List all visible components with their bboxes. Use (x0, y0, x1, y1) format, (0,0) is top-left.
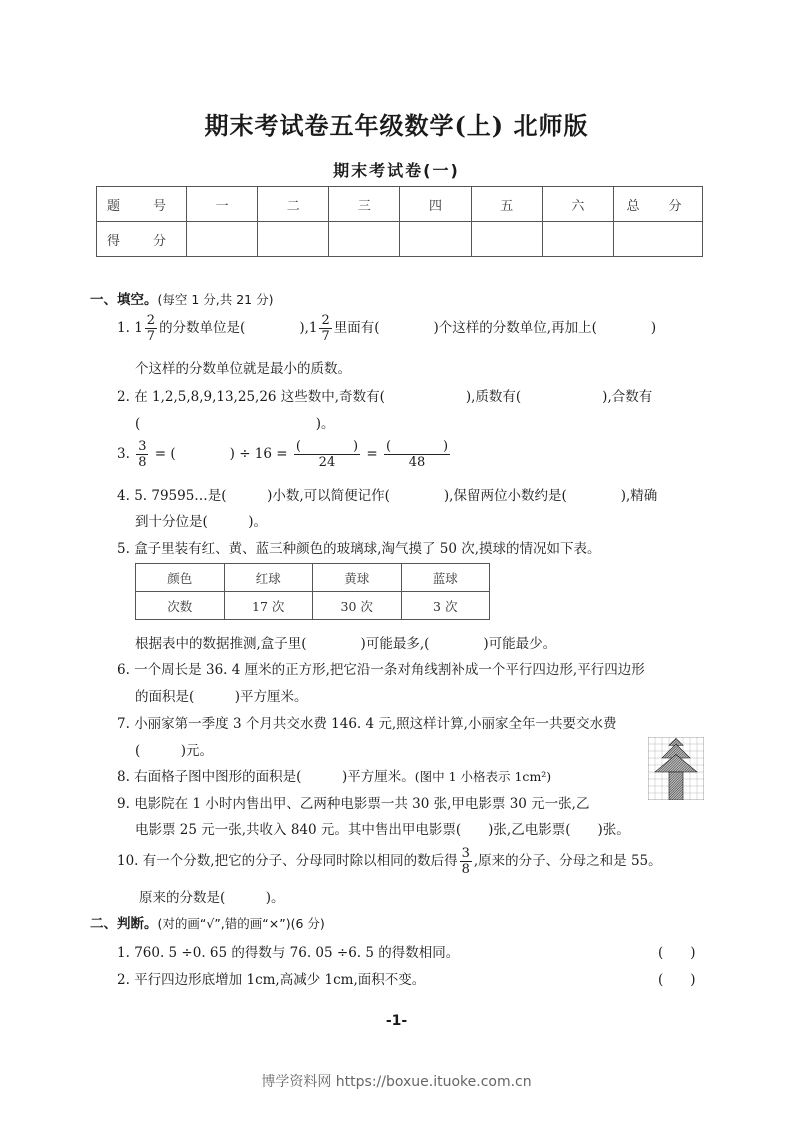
section-1-note: (每空 1 分,共 21 分) (158, 292, 274, 307)
score-cell[interactable] (400, 222, 471, 257)
question-number: 2. (117, 972, 130, 988)
ball-count-table: 颜色 红球 黄球 蓝球 次数 17 次 30 次 3 次 (135, 563, 490, 620)
fraction-blank-48: ( )48 (384, 440, 450, 469)
score-cell[interactable] (258, 222, 329, 257)
question-9: 9. 电影院在 1 小时内售出甲、乙两种电影票一共 30 张,甲电影票 30 元… (117, 792, 589, 812)
column-header: 总 分 (614, 187, 703, 222)
question-5-line-2: 根据表中的数据推测,盒子里( )可能最多,( )可能最少。 (135, 632, 556, 652)
ball-table-header: 红球 (224, 564, 313, 592)
question-number: 10. (117, 853, 138, 869)
question-text: 在 1,2,5,8,9,13,25,26 这些数中,奇数有( ),质数有( ),… (134, 389, 652, 405)
judge-answer-blank-1[interactable]: ( ) (658, 941, 696, 961)
question-6-line-2: 的面积是( )平方厘米。 (135, 685, 308, 705)
question-2-line-2: ( )。 (135, 412, 335, 432)
question-4-line-2: 到十分位是( )。 (135, 510, 267, 530)
fraction-2-7: 27 (145, 314, 157, 343)
fraction-3-8: 38 (460, 847, 472, 876)
question-text: 里面有( )个这样的分数单位,再加上( ) (334, 320, 656, 336)
question-6: 6. 一个周长是 36. 4 厘米的正方形,把它沿一条对角线割补成一个平行四边形… (117, 658, 645, 678)
ball-table-cell: 3 次 (401, 592, 490, 620)
column-header: 五 (471, 187, 542, 222)
question-8: 8. 右面格子图中图形的面积是( )平方厘米。(图中 1 小格表示 1cm²) (117, 765, 551, 785)
judge-answer-blank-2[interactable]: ( ) (658, 968, 696, 988)
score-table-header-row: 题 号 一 二 三 四 五 六 总 分 (97, 187, 703, 222)
equation-text: = ( ) ÷ 16 = (155, 446, 288, 462)
question-3: 3. 38 = ( ) ÷ 16 = ( )24 = ( )48 (117, 440, 452, 469)
row-label-score: 得 分 (97, 222, 187, 257)
question-number: 1. (117, 320, 130, 336)
watermark: 博学资料网 https://boxue.ituoke.com.cn (0, 1071, 793, 1091)
main-title: 期末考试卷五年级数学(上) 北师版 (0, 106, 793, 141)
page-number: -1- (0, 1013, 793, 1029)
ball-table-cell: 30 次 (313, 592, 402, 620)
question-text: 小丽家第一季度 3 个月共交水费 146. 4 元,照这样计算,小丽家全年一共要… (134, 716, 616, 732)
question-number: 4. (117, 488, 130, 504)
ball-table-header-row: 颜色 红球 黄球 蓝球 (136, 564, 490, 592)
question-number: 1. (117, 945, 130, 961)
ball-table-header: 黄球 (313, 564, 402, 592)
question-4: 4. 5. 79595…是( )小数,可以简便记作( ),保留两位小数约是( )… (117, 484, 657, 504)
column-header: 一 (187, 187, 258, 222)
question-text: 5. 79595…是( )小数,可以简便记作( ),保留两位小数约是( ),精确 (134, 488, 657, 504)
ball-table-cell: 次数 (136, 592, 225, 620)
section-1-title: 一、填空。 (90, 292, 158, 308)
question-10: 10. 有一个分数,把它的分子、分母同时除以相同的数后得38,原来的分子、分母之… (117, 847, 662, 876)
judge-item-1: 1. 760. 5 ÷0. 65 的得数与 76. 05 ÷6. 5 的得数相同… (117, 941, 459, 961)
score-cell[interactable] (187, 222, 258, 257)
question-text: 的分数单位是( ), (159, 320, 309, 336)
question-text: 右面格子图中图形的面积是( )平方厘米。 (134, 769, 415, 785)
question-text: 电影院在 1 小时内售出甲、乙两种电影票一共 30 张,甲电影票 30 元一张,… (134, 796, 589, 812)
question-7: 7. 小丽家第一季度 3 个月共交水费 146. 4 元,照这样计算,小丽家全年… (117, 712, 616, 732)
ball-table-cell: 17 次 (224, 592, 313, 620)
question-text: 760. 5 ÷0. 65 的得数与 76. 05 ÷6. 5 的得数相同。 (134, 945, 459, 961)
tree-grid-figure (648, 737, 704, 800)
question-number: 2. (117, 389, 130, 405)
ball-table-data-row: 次数 17 次 30 次 3 次 (136, 592, 490, 620)
column-header: 二 (258, 187, 329, 222)
ball-table-header: 颜色 (136, 564, 225, 592)
whole-number: 1 (309, 320, 318, 336)
question-number: 6. (117, 662, 130, 678)
question-5: 5. 盒子里装有红、黄、蓝三种颜色的玻璃球,淘气摸了 50 次,摸球的情况如下表… (117, 537, 601, 557)
question-number: 8. (117, 769, 130, 785)
ball-table-header: 蓝球 (401, 564, 490, 592)
fraction-3-8: 38 (136, 440, 148, 469)
question-1-line-2: 个这样的分数单位就是最小的质数。 (135, 357, 351, 377)
fraction-2-7: 27 (319, 314, 331, 343)
question-2: 2. 在 1,2,5,8,9,13,25,26 这些数中,奇数有( ),质数有(… (117, 385, 652, 405)
question-number: 7. (117, 716, 130, 732)
judge-item-2: 2. 平行四边形底增加 1cm,高减少 1cm,面积不变。 (117, 968, 425, 988)
question-number: 9. (117, 796, 130, 812)
question-10-line-2: 原来的分数是( )。 (139, 886, 285, 906)
column-header: 六 (542, 187, 613, 222)
score-cell[interactable] (471, 222, 542, 257)
question-9-line-2: 电影票 25 元一张,共收入 840 元。其中售出甲电影票( )张,乙电影票( … (135, 818, 630, 838)
row-label-question-number: 题 号 (97, 187, 187, 222)
score-cell[interactable] (542, 222, 613, 257)
score-cell[interactable] (614, 222, 703, 257)
score-table: 题 号 一 二 三 四 五 六 总 分 得 分 (96, 186, 703, 257)
question-number: 3. (117, 446, 130, 462)
question-text: 有一个分数,把它的分子、分母同时除以相同的数后得 (143, 853, 458, 869)
question-note: (图中 1 小格表示 1cm²) (415, 769, 551, 784)
score-cell[interactable] (329, 222, 400, 257)
section-2-title: 二、判断。 (90, 916, 158, 932)
section-2-note: (对的画“√”,错的画“×”)(6 分) (158, 916, 325, 931)
equals-sign: = (366, 446, 377, 462)
question-text: ,原来的分子、分母之和是 55。 (474, 853, 662, 869)
sub-title: 期末考试卷(一) (0, 158, 793, 181)
question-text: 盒子里装有红、黄、蓝三种颜色的玻璃球,淘气摸了 50 次,摸球的情况如下表。 (134, 541, 600, 557)
question-number: 5. (117, 541, 130, 557)
column-header: 三 (329, 187, 400, 222)
question-text: 平行四边形底增加 1cm,高减少 1cm,面积不变。 (134, 972, 425, 988)
section-1-heading: 一、填空。(每空 1 分,共 21 分) (90, 288, 273, 308)
question-text: 一个周长是 36. 4 厘米的正方形,把它沿一条对角线割补成一个平行四边形,平行… (134, 662, 645, 678)
question-1: 1. 127的分数单位是( ),127里面有( )个这样的分数单位,再加上( ) (117, 314, 707, 343)
question-7-line-2: ( )元。 (135, 739, 213, 759)
fraction-blank-24: ( )24 (294, 440, 360, 469)
whole-number: 1 (134, 320, 143, 336)
section-2-heading: 二、判断。(对的画“√”,错的画“×”)(6 分) (90, 912, 325, 932)
column-header: 四 (400, 187, 471, 222)
score-table-score-row: 得 分 (97, 222, 703, 257)
